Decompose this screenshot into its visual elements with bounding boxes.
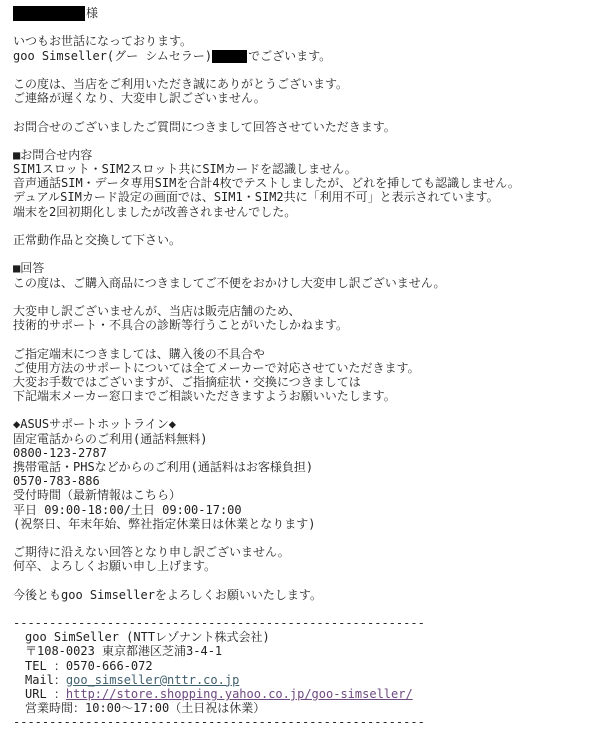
text-line: SIM1スロット・SIM2スロット共にSIMカードを認識しません。 — [13, 162, 602, 176]
blank-line — [13, 403, 602, 417]
divider-line: ----------------------------------------… — [13, 715, 602, 729]
text-line: この度は、ご購入商品につきましてご不便をおかけし大変申し訳ございません。 — [13, 276, 602, 290]
text-line: (祝祭日、年末年始、弊社指定休業日は休業となります) — [13, 517, 602, 531]
text-line: 0570-783-886 — [13, 474, 602, 488]
text-line: TEL ：0570-666-072 — [13, 659, 602, 673]
redacted-staff-name — [212, 50, 247, 63]
text-line: この度は、当店をご利用いただき誠にありがとうございます。 — [13, 77, 602, 91]
text-line: ご期待に沿えない回答となり申し訳ございません。 — [13, 545, 602, 559]
text-line: 技術的サポート・不具合の診断等行うことがいたしかねます。 — [13, 318, 602, 332]
text-segment: でございます。 — [248, 49, 331, 63]
blank-line — [13, 105, 602, 119]
text-line: 平日 09:00-18:00/土日 09:00-17:00 — [13, 503, 602, 517]
text-line: 〒108-0023 東京都港区芝浦3-4-1 — [13, 644, 602, 658]
text-line: ■お問合せ内容 — [13, 148, 602, 162]
text-line: お問合せのございましたご質問につきまして回答させていただきます。 — [13, 120, 602, 134]
text-line: 0800-123-2787 — [13, 446, 602, 460]
blank-line — [13, 332, 602, 346]
blank-line — [13, 247, 602, 261]
redacted-recipient-name — [13, 6, 85, 21]
blank-line — [13, 219, 602, 233]
text-line: ご使用方法のサポートについては全てメーカーで対応させていただきます。 — [13, 361, 602, 375]
blank-line — [13, 602, 602, 616]
blank-line — [13, 134, 602, 148]
text-line: URL ：http://store.shopping.yahoo.co.jp/g… — [13, 687, 602, 701]
text-line: 下記端末メーカー窓口までご相談いただきますようお願いいたします。 — [13, 389, 602, 403]
text-line: 様 — [13, 6, 602, 20]
text-line: ■回答 — [13, 261, 602, 275]
text-line: ご連絡が遅くなり、大変申し訳ございません。 — [13, 91, 602, 105]
text-line: 何卒、よろしくお願い申し上げます。 — [13, 559, 602, 573]
blank-line — [13, 20, 602, 34]
text-segment: Mail： — [13, 673, 66, 687]
mail-address-link[interactable]: goo_simseller@nttr.co.jp — [66, 673, 239, 687]
text-line: 今後ともgoo Simsellerをよろしくお願いいたします。 — [13, 588, 602, 602]
text-line: 営業時間：10:00～17:00（土日祝は休業） — [13, 701, 602, 715]
divider-line: ----------------------------------------… — [13, 616, 602, 630]
text-line: 大変申し訳ございませんが、当店は販売店舗のため、 — [13, 304, 602, 318]
blank-line — [13, 531, 602, 545]
text-segment: 様 — [86, 6, 98, 20]
text-line: ご指定端末につきましては、購入後の不具合や — [13, 347, 602, 361]
email-message-body: 様いつもお世話になっております。goo Simseller(グー シムセラー)で… — [0, 0, 606, 730]
text-line: いつもお世話になっております。 — [13, 34, 602, 48]
text-line: 携帯電話・PHSなどからのご利用(通話料はお客様負担) — [13, 460, 602, 474]
text-line: 受付時間（最新情報はこちら） — [13, 488, 602, 502]
text-segment: goo Simseller(グー シムセラー) — [13, 49, 212, 63]
text-line: 固定電話からのご利用(通話料無料) — [13, 432, 602, 446]
text-line: 大変お手数ではございますが、ご指摘症状・交換につきましては — [13, 375, 602, 389]
text-line: 音声通話SIM・データ専用SIMを合計4枚でテストしましたが、どれを挿しても認識… — [13, 176, 602, 190]
text-segment: URL ： — [13, 687, 66, 701]
text-line: 正常動作品と交換して下さい。 — [13, 233, 602, 247]
blank-line — [13, 290, 602, 304]
text-line: 端末を2回初期化しましたが改善されませんでした。 — [13, 205, 602, 219]
blank-line — [13, 63, 602, 77]
store-url-link[interactable]: http://store.shopping.yahoo.co.jp/goo-si… — [66, 687, 413, 701]
text-line: goo Simseller(グー シムセラー)でございます。 — [13, 49, 602, 63]
blank-line — [13, 574, 602, 588]
text-line: goo SimSeller (NTTレゾナント株式会社) — [13, 630, 602, 644]
text-line: ◆ASUSサポートホットライン◆ — [13, 417, 602, 431]
text-line: Mail：goo_simseller@nttr.co.jp — [13, 673, 602, 687]
text-line: デュアルSIMカード設定の画面では、SIM1・SIM2共に「利用不可」と表示され… — [13, 190, 602, 204]
